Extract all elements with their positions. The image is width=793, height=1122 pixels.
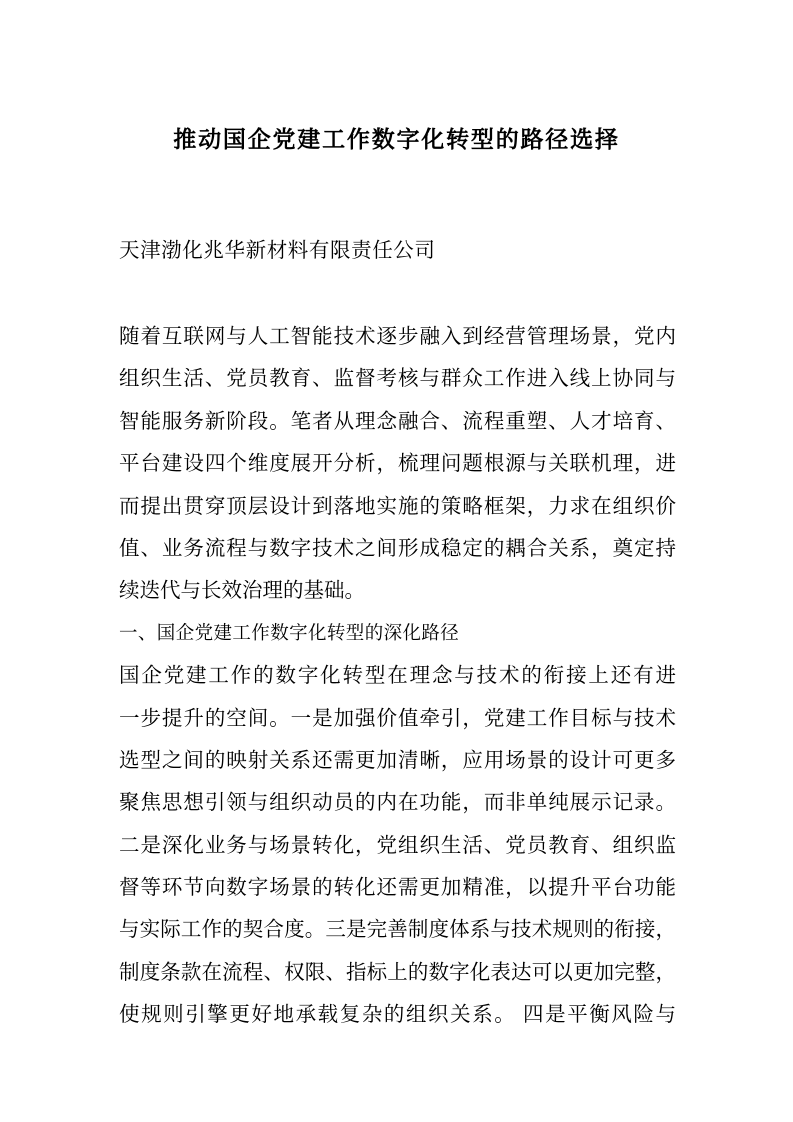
text-line: 与实际工作的契合度。三是完善制度体系与技术规则的衔接， — [119, 909, 676, 951]
text-line: 平台建设四个维度展开分析，梳理问题根源与关联机理，进 — [119, 443, 676, 485]
text-line: 制度条款在流程、权限、指标上的数字化表达可以更加完整， — [119, 952, 676, 994]
text-line: 选型之间的映射关系还需更加清晰，应用场景的设计可更多 — [119, 740, 676, 782]
text-line: 续迭代与长效治理的基础。 — [119, 570, 676, 612]
document-title: 推动国企党建工作数字化转型的路径选择 — [0, 122, 793, 158]
section-heading: 一、国企党建工作数字化转型的深化路径 — [119, 613, 676, 655]
text-line: 随着互联网与人工智能技术逐步融入到经营管理场景，党内 — [119, 316, 676, 358]
text-line: 值、业务流程与数字技术之间形成稳定的耦合关系，奠定持 — [119, 528, 676, 570]
text-line: 智能服务新阶段。笔者从理念融合、流程重塑、人才培育、 — [119, 401, 676, 443]
text-line: 国企党建工作的数字化转型在理念与技术的衔接上还有进 — [119, 655, 676, 697]
text-line: 二是深化业务与场景转化，党组织生活、党员教育、组织监 — [119, 825, 676, 867]
author-line: 天津渤化兆华新材料有限责任公司 — [119, 235, 436, 267]
document-body: 随着互联网与人工智能技术逐步融入到经营管理场景，党内组织生活、党员教育、监督考核… — [119, 316, 676, 1037]
text-line: 一步提升的空间。一是加强价值牵引，党建工作目标与技术 — [119, 698, 676, 740]
text-line: 聚焦思想引领与组织动员的内在功能，而非单纯展示记录。 — [119, 782, 676, 824]
text-line: 使规则引擎更好地承载复杂的组织关系。 四是平衡风险与 — [119, 994, 676, 1036]
text-line: 督等环节向数字场景的转化还需更加精准，以提升平台功能 — [119, 867, 676, 909]
document-page: 推动国企党建工作数字化转型的路径选择 天津渤化兆华新材料有限责任公司 随着互联网… — [0, 0, 793, 1122]
text-line: 组织生活、党员教育、监督考核与群众工作进入线上协同与 — [119, 358, 676, 400]
text-line: 而提出贯穿顶层设计到落地实施的策略框架，力求在组织价 — [119, 486, 676, 528]
